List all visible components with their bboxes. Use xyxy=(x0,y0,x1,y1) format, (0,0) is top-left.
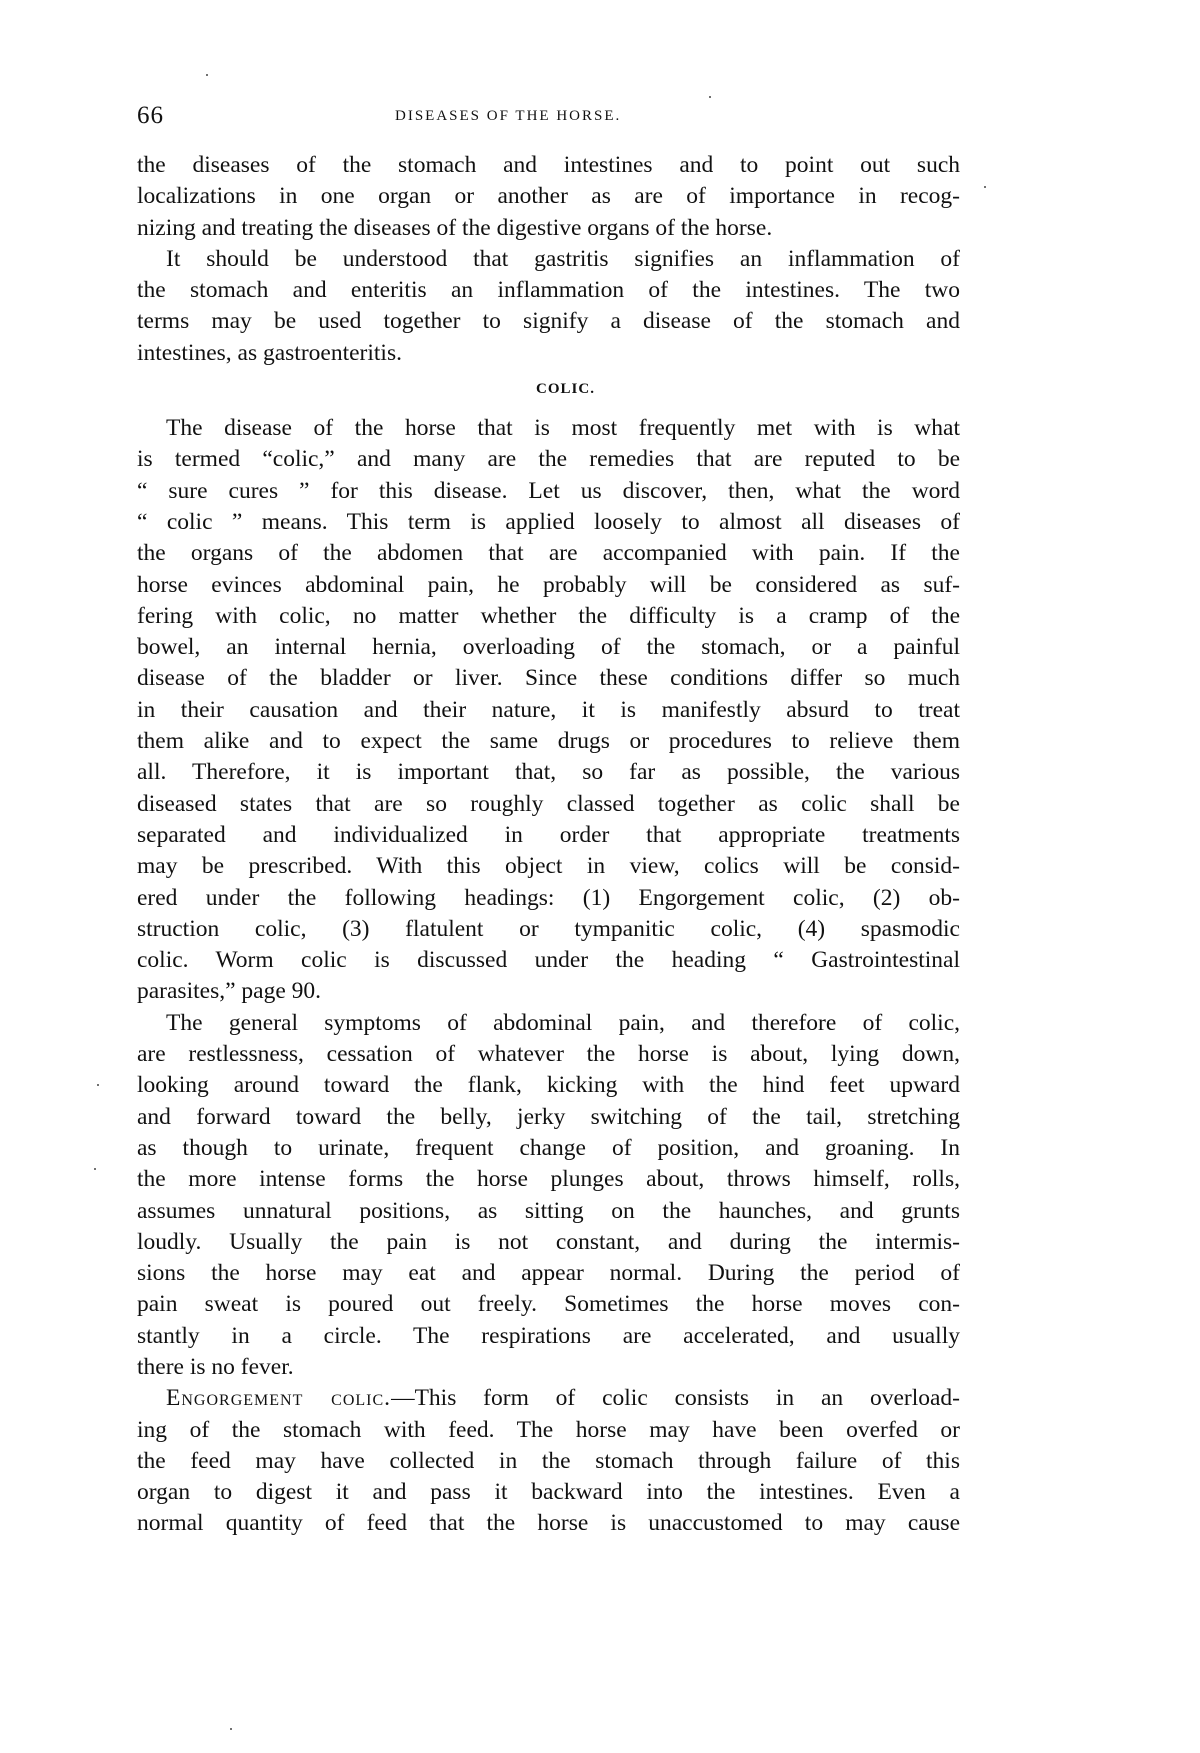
scan-speck xyxy=(206,74,208,76)
paragraph: Engorgement colic.—This form of colic co… xyxy=(137,1383,960,1539)
text-line: parasites,” page 90. xyxy=(137,976,960,1007)
text-line: looking around toward the flank, kicking… xyxy=(137,1070,960,1101)
text-line: intestines, as gastroenteritis. xyxy=(137,338,960,369)
text-line: separated and individualized in order th… xyxy=(137,820,960,851)
text-line: organ to digest it and pass it backward … xyxy=(137,1477,960,1508)
text-line: there is no fever. xyxy=(137,1352,960,1383)
page-number: 66 xyxy=(137,100,164,132)
scan-speck xyxy=(97,1084,99,1086)
text-line: stantly in a circle. The respirations ar… xyxy=(137,1321,960,1352)
text-line: pain sweat is poured out freely. Sometim… xyxy=(137,1289,960,1320)
text-line: may be prescribed. With this object in v… xyxy=(137,851,960,882)
body-text: the diseases of the stomach and intestin… xyxy=(137,150,960,1540)
text-line: ing of the stomach with feed. The horse … xyxy=(137,1415,960,1446)
text-line: normal quantity of feed that the horse i… xyxy=(137,1508,960,1539)
text-line: and forward toward the belly, jerky swit… xyxy=(137,1102,960,1133)
text-line: diseased states that are so roughly clas… xyxy=(137,789,960,820)
paragraph: The disease of the horse that is most fr… xyxy=(137,413,960,1008)
text-line: bowel, an internal hernia, overloading o… xyxy=(137,632,960,663)
paragraph: It should be understood that gastritis s… xyxy=(137,244,960,369)
text-line: in their causation and their nature, it … xyxy=(137,695,960,726)
text-line: It should be understood that gastritis s… xyxy=(137,244,960,275)
paragraph: The general symptoms of abdominal pain, … xyxy=(137,1008,960,1384)
text-line: The disease of the horse that is most fr… xyxy=(137,413,960,444)
text-line: is termed “colic,” and many are the reme… xyxy=(137,444,960,475)
text-line: “ colic ” means. This term is applied lo… xyxy=(137,507,960,538)
text-line: are restlessness, cessation of whatever … xyxy=(137,1039,960,1070)
text-line: all. Therefore, it is important that, so… xyxy=(137,757,960,788)
text-line: Engorgement colic.—This form of colic co… xyxy=(137,1383,960,1414)
text-line: nizing and treating the diseases of the … xyxy=(137,213,960,244)
text-line: struction colic, (3) flatulent or tympan… xyxy=(137,914,960,945)
text-line: them alike and to expect the same drugs … xyxy=(137,726,960,757)
section-heading: COLIC. xyxy=(137,369,960,409)
text-line: as though to urinate, frequent change of… xyxy=(137,1133,960,1164)
text-line: sions the horse may eat and appear norma… xyxy=(137,1258,960,1289)
text-line: the feed may have collected in the stoma… xyxy=(137,1446,960,1477)
text-line: The general symptoms of abdominal pain, … xyxy=(137,1008,960,1039)
scan-speck xyxy=(984,186,986,188)
text-line: the more intense forms the horse plunges… xyxy=(137,1164,960,1195)
text-line: loudly. Usually the pain is not constant… xyxy=(137,1227,960,1258)
run-in-heading: Engorgement colic. xyxy=(166,1385,391,1411)
text-fragment: —This form of colic consists in an overl… xyxy=(391,1385,960,1411)
scan-speck xyxy=(94,1168,96,1170)
text-line: ered under the following headings: (1) E… xyxy=(137,883,960,914)
text-line: fering with colic, no matter whether the… xyxy=(137,601,960,632)
text-line: the stomach and enteritis an inflammatio… xyxy=(137,275,960,306)
text-line: localizations in one organ or another as… xyxy=(137,181,960,212)
scan-speck xyxy=(230,1728,232,1730)
text-line: colic. Worm colic is discussed under the… xyxy=(137,945,960,976)
text-line: “ sure cures ” for this disease. Let us … xyxy=(137,476,960,507)
scan-speck xyxy=(709,96,711,98)
text-line: terms may be used together to signify a … xyxy=(137,306,960,337)
text-line: disease of the bladder or liver. Since t… xyxy=(137,663,960,694)
running-head: 66 DISEASES OF THE HORSE. xyxy=(137,100,960,132)
running-title: DISEASES OF THE HORSE. xyxy=(395,104,621,128)
paragraph: the diseases of the stomach and intestin… xyxy=(137,150,960,244)
text-line: horse evinces abdominal pain, he probabl… xyxy=(137,570,960,601)
text-line: assumes unnatural positions, as sitting … xyxy=(137,1196,960,1227)
text-line: the diseases of the stomach and intestin… xyxy=(137,150,960,181)
text-line: the organs of the abdomen that are accom… xyxy=(137,538,960,569)
